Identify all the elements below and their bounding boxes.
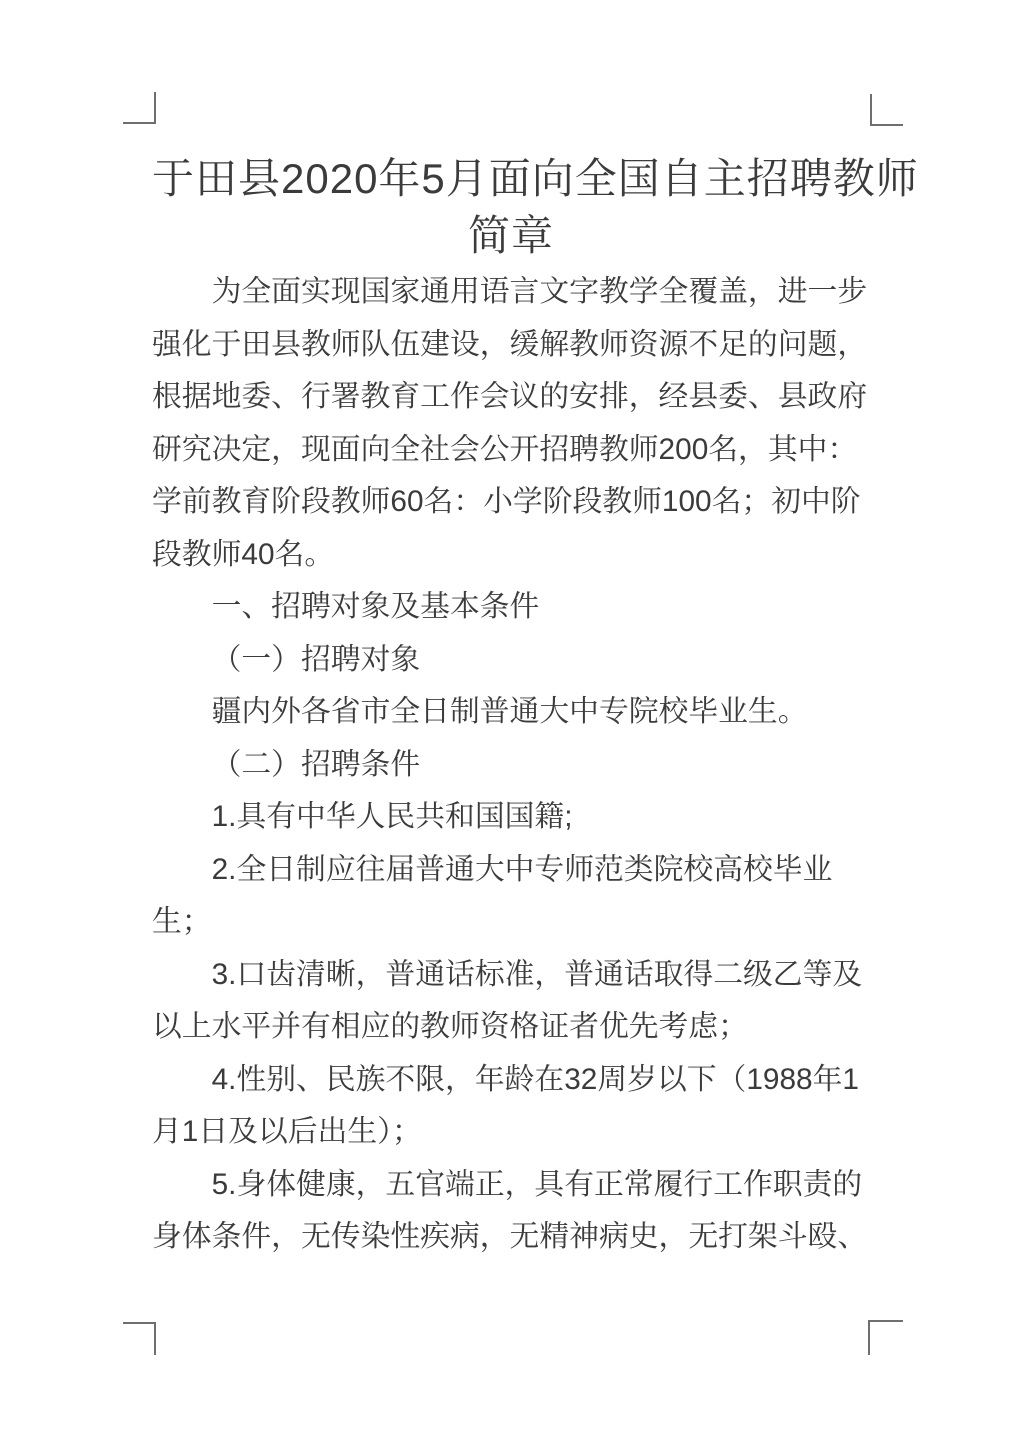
text-line: 4.性别、民族不限，年龄在32周岁以下（1988年1 bbox=[152, 1054, 870, 1107]
condition-item-1: 1.具有中华人民共和国国籍; bbox=[152, 791, 870, 844]
text-line: 为全面实现国家通用语言文字教学全覆盖，进一步 bbox=[152, 266, 870, 319]
text-line: 疆内外各省市全日制普通大中专院校毕业生。 bbox=[152, 686, 870, 739]
text-line: 1.具有中华人民共和国国籍; bbox=[152, 791, 870, 844]
text-boundary-mark-top-right bbox=[870, 94, 903, 126]
condition-item-5: 5.身体健康，五官端正，具有正常履行工作职责的身体条件，无传染性疾病，无精神病史… bbox=[152, 1159, 870, 1264]
text-line: 3.口齿清晰，普通话标准，普通话取得二级乙等及 bbox=[152, 949, 870, 1002]
text-boundary-mark-bottom-right bbox=[868, 1320, 903, 1355]
text-line: 生； bbox=[152, 896, 870, 949]
text-line: 学前教育阶段教师60名：小学阶段教师100名；初中阶 bbox=[152, 476, 870, 529]
text-boundary-mark-bottom-left bbox=[123, 1322, 156, 1355]
document-title: 于田县2020年5月面向全国自主招聘教师 简章 bbox=[152, 150, 870, 264]
text-line: 2.全日制应往届普通大中专师范类院校高校毕业 bbox=[152, 844, 870, 897]
recruitment-target-body: 疆内外各省市全日制普通大中专院校毕业生。 bbox=[152, 686, 870, 739]
text-line: 段教师40名。 bbox=[152, 529, 870, 582]
subsection-heading-recruitment-target: （一）招聘对象 bbox=[152, 634, 870, 687]
condition-item-2: 2.全日制应往届普通大中专师范类院校高校毕业生； bbox=[152, 844, 870, 949]
document-paragraphs: 为全面实现国家通用语言文字教学全覆盖，进一步强化于田县教师队伍建设，缓解教师资源… bbox=[152, 266, 870, 1264]
text-line: 月1日及以后出生）； bbox=[152, 1106, 870, 1159]
text-line: 强化于田县教师队伍建设，缓解教师资源不足的问题， bbox=[152, 319, 870, 372]
document-page: 于田县2020年5月面向全国自主招聘教师 简章 为全面实现国家通用语言文字教学全… bbox=[0, 0, 1024, 1447]
text-boundary-mark-top-left bbox=[123, 92, 156, 124]
text-line: 一、招聘对象及基本条件 bbox=[152, 581, 870, 634]
document-content: 于田县2020年5月面向全国自主招聘教师 简章 为全面实现国家通用语言文字教学全… bbox=[152, 150, 870, 1264]
text-line: 研究决定，现面向全社会公开招聘教师200名，其中： bbox=[152, 424, 870, 477]
condition-item-3: 3.口齿清晰，普通话标准，普通话取得二级乙等及以上水平并有相应的教师资格证者优先… bbox=[152, 949, 870, 1054]
subsection-heading-recruitment-conditions: （二）招聘条件 bbox=[152, 739, 870, 792]
text-line: （一）招聘对象 bbox=[152, 634, 870, 687]
document-title-line-1: 于田县2020年5月面向全国自主招聘教师 bbox=[152, 150, 870, 207]
text-line: 根据地委、行署教育工作会议的安排，经县委、县政府 bbox=[152, 371, 870, 424]
text-line: 以上水平并有相应的教师资格证者优先考虑； bbox=[152, 1001, 870, 1054]
text-line: 5.身体健康，五官端正，具有正常履行工作职责的 bbox=[152, 1159, 870, 1212]
text-line: （二）招聘条件 bbox=[152, 739, 870, 792]
text-line: 身体条件，无传染性疾病，无精神病史，无打架斗殴、 bbox=[152, 1211, 870, 1264]
section-heading-1: 一、招聘对象及基本条件 bbox=[152, 581, 870, 634]
condition-item-4: 4.性别、民族不限，年龄在32周岁以下（1988年1月1日及以后出生）； bbox=[152, 1054, 870, 1159]
intro-paragraph: 为全面实现国家通用语言文字教学全覆盖，进一步强化于田县教师队伍建设，缓解教师资源… bbox=[152, 266, 870, 581]
document-title-line-2: 简章 bbox=[152, 207, 870, 264]
